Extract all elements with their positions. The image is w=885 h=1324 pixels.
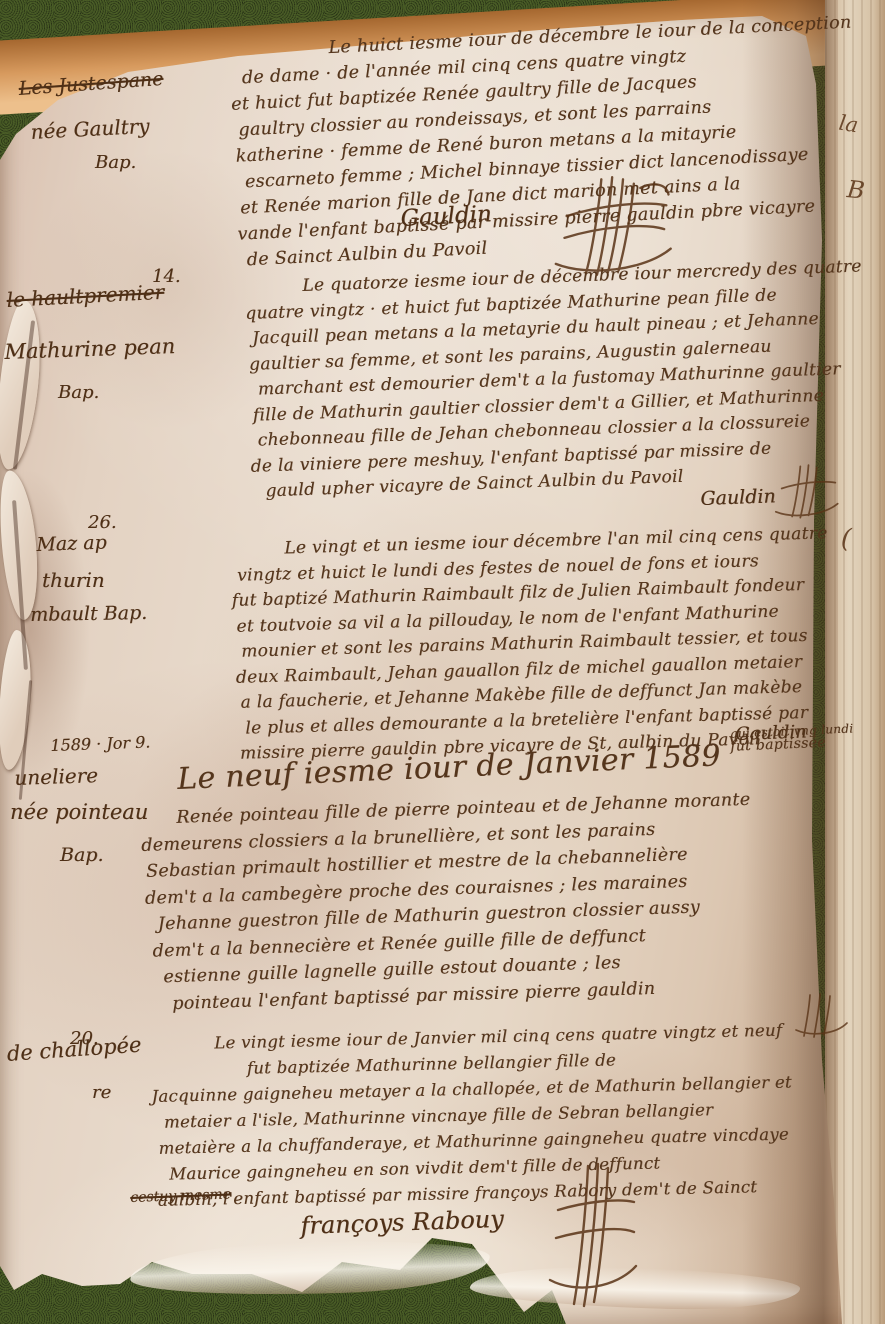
margin-bap-tag: Bap. <box>58 382 99 403</box>
margin-number: 26. <box>88 512 117 533</box>
baptism-entry: Renée pointeau fille de pierre pointeau … <box>140 787 757 1018</box>
margin-bap-tag: Bap. <box>95 152 136 173</box>
margin-fragment: thurin <box>42 568 105 592</box>
priest-signature: françoys Rabouy <box>300 1205 504 1240</box>
handwritten-content: Les Justespane née Gaultry Bap. Le huict… <box>0 0 885 1324</box>
margin-bap-tag: Bap. <box>60 844 104 866</box>
flourish-icon <box>790 990 850 1044</box>
margin-name: née Gaultry <box>30 114 150 144</box>
heading-note-small: fut baptissée <box>730 735 854 753</box>
margin-fragment: uneliere <box>14 763 98 790</box>
margin-fragment: de challopée <box>6 1033 142 1066</box>
margin-date-footnote: 1589 · Jor 9. <box>50 733 151 755</box>
margin-name: née pointeau <box>10 800 148 824</box>
margin-note-struck: le haultpremier <box>6 280 165 312</box>
margin-name: Mathurine pean <box>4 334 176 364</box>
signature-paraph-icon <box>540 1160 640 1314</box>
baptism-entry: Le vingt iesme iour de Janvier mil cinq … <box>150 1017 795 1213</box>
margin-fragment: mbault Bap. <box>30 602 147 626</box>
margin-fragment: Maz ap <box>36 532 107 556</box>
signature-paraph-icon <box>545 172 675 286</box>
priest-signature: Gauldin <box>700 485 776 510</box>
manuscript-photo: la B ( Les Justespane née Gaultry Bap. L… <box>0 0 885 1324</box>
signature-paraph-icon <box>770 462 840 526</box>
margin-note-struck: Les Justespane <box>18 68 164 100</box>
margin-fragment: re <box>92 1082 111 1103</box>
priest-signature: Gauldin <box>400 201 492 232</box>
